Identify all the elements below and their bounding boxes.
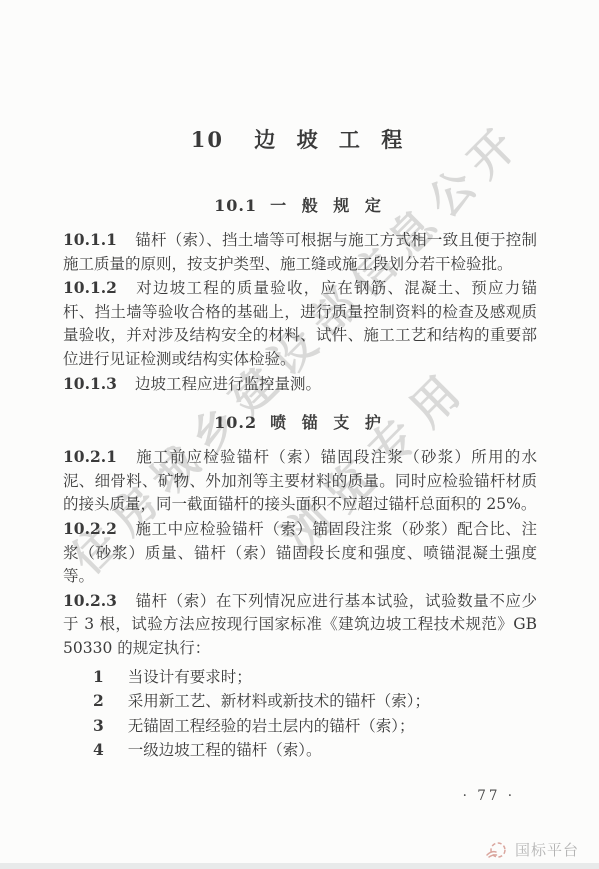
clause-text: 锚杆（索）在下列情况应进行基本试验，试验数量不应少于 3 根，试验方法应按现行国… [63,592,537,657]
section-number: 10.1 [214,196,257,215]
clause-list: 10.2.1施工前应检验锚杆（索）锚固段注浆（砂浆）所用的水泥、细骨料、矿物、外… [63,445,537,763]
bird-logo-icon [485,840,509,860]
sections-container: 10.1一 般 规 定10.1.1锚杆（索）、挡土墙等可根据与施工方式相一致且便… [63,196,537,763]
clause-number: 10.1.2 [63,278,117,297]
list-item-number: 1 [93,667,104,686]
clause-paragraph: 10.1.1锚杆（索）、挡土墙等可根据与施工方式相一致且便于控制施工质量的原则，… [63,228,537,276]
document-page: 住房城乡建设部信息公开 浏览专用 10 边 坡 工 程 10.1一 般 规 定1… [0,0,599,869]
clause-text: 边坡工程应进行监控量测。 [135,375,321,393]
clause-text: 施工中应检验锚杆（索）锚固段注浆（砂浆）配合比、注浆（砂浆）质量、锚杆（索）锚固… [63,520,537,585]
clause-paragraph: 10.2.2施工中应检验锚杆（索）锚固段注浆（砂浆）配合比、注浆（砂浆）质量、锚… [63,517,537,589]
clause-paragraph: 10.2.3锚杆（索）在下列情况应进行基本试验，试验数量不应少于 3 根，试验方… [63,589,537,661]
list-item-number: 3 [93,716,104,735]
list-item-text: 一级边坡工程的锚杆（索）。 [128,741,322,759]
document-section: 10.1一 般 规 定10.1.1锚杆（索）、挡土墙等可根据与施工方式相一致且便… [63,196,537,396]
document-content: 10 边 坡 工 程 10.1一 般 规 定10.1.1锚杆（索）、挡土墙等可根… [0,0,599,763]
clause-text: 施工前应检验锚杆（索）锚固段注浆（砂浆）所用的水泥、细骨料、矿物、外加剂等主要材… [63,448,537,513]
clause-number: 10.1.3 [63,374,117,393]
list-item-text: 无锚固工程经验的岩土层内的锚杆（索）； [128,717,415,735]
page-number: · 77 · [463,788,515,804]
list-item-number: 2 [93,691,104,710]
footer-brand: 国标平台 [485,839,579,860]
clause-number: 10.1.1 [63,230,117,249]
chapter-number: 10 [191,127,224,152]
clause-paragraph: 10.2.1施工前应检验锚杆（索）锚固段注浆（砂浆）所用的水泥、细骨料、矿物、外… [63,445,537,517]
chapter-title: 10 边 坡 工 程 [63,0,537,153]
footer-brand-label: 国标平台 [515,839,579,860]
section-heading: 10.2喷 锚 支 护 [63,413,537,433]
clause-paragraph: 10.1.2对边坡工程的质量验收，应在钢筋、混凝土、预应力锚杆、挡土墙等验收合格… [63,276,537,371]
clause-text: 对边坡工程的质量验收，应在钢筋、混凝土、预应力锚杆、挡土墙等验收合格的基础上，进… [63,279,537,368]
list-item: 1当设计有要求时； [93,665,537,690]
document-section: 10.2喷 锚 支 护10.2.1施工前应检验锚杆（索）锚固段注浆（砂浆）所用的… [63,413,537,763]
clause-number: 10.2.2 [63,519,117,538]
clause-paragraph: 10.1.3边坡工程应进行监控量测。 [63,372,537,397]
list-item: 3无锚固工程经验的岩土层内的锚杆（索）； [93,714,537,739]
list-item: 2采用新工艺、新材料或新技术的锚杆（索）； [93,689,537,714]
list-item-number: 4 [93,740,104,759]
numbered-list: 1当设计有要求时；2采用新工艺、新材料或新技术的锚杆（索）；3无锚固工程经验的岩… [63,665,537,763]
clause-text: 锚杆（索）、挡土墙等可根据与施工方式相一致且便于控制施工质量的原则，按支护类型、… [63,231,537,273]
section-title: 一 般 规 定 [270,196,386,215]
chapter-title-text: 边 坡 工 程 [254,127,409,152]
list-item-text: 当设计有要求时； [128,668,252,686]
section-number: 10.2 [214,413,257,432]
clause-list: 10.1.1锚杆（索）、挡土墙等可根据与施工方式相一致且便于控制施工质量的原则，… [63,228,537,396]
list-item-text: 采用新工艺、新材料或新技术的锚杆（索）； [128,692,430,710]
clause-number: 10.2.3 [63,591,117,610]
list-item: 4一级边坡工程的锚杆（索）。 [93,738,537,763]
bottom-strip [0,863,599,869]
section-title: 喷 锚 支 护 [270,413,386,432]
clause-number: 10.2.1 [63,447,117,466]
section-heading: 10.1一 般 规 定 [63,196,537,216]
